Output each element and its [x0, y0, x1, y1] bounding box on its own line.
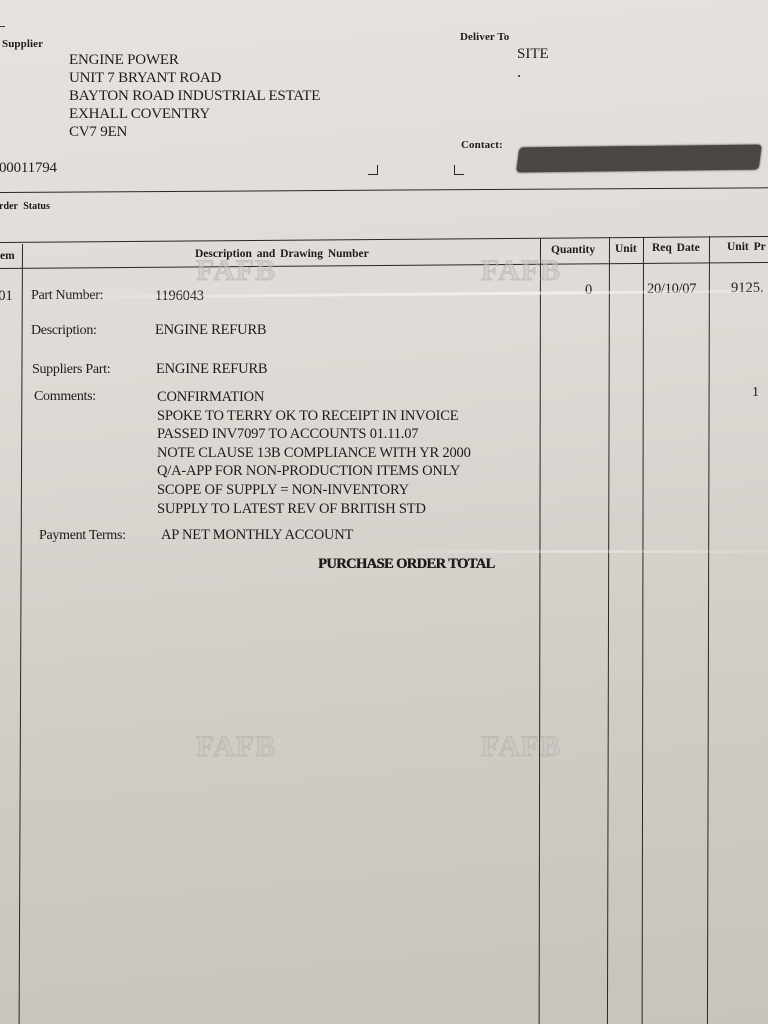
suppliers-part-value: ENGINE REFURB	[156, 361, 267, 378]
column-divider-unit	[642, 237, 644, 1024]
row-unit-price: 9125.	[731, 280, 764, 297]
watermark: FAFB	[481, 254, 561, 288]
supplier-name: ENGINE POWER	[69, 51, 320, 69]
table-header-bottom-line	[0, 262, 768, 269]
payment-terms-label: Payment Terms:	[39, 528, 126, 544]
deliver-to-label: Deliver To	[460, 31, 509, 43]
order-status-label: rder Status	[0, 201, 50, 212]
purchase-order-total-label: PURCHASE ORDER TOTAL	[318, 556, 495, 573]
comment-line: CONFIRMATION	[157, 388, 471, 407]
contact-label: Contact:	[461, 139, 503, 151]
comment-line: NOTE CLAUSE 13B COMPLIANCE WITH YR 2000	[157, 444, 471, 463]
corner-bracket-mark	[454, 165, 464, 175]
tick-mark	[0, 26, 5, 27]
row-unit-price-extra: 1	[752, 385, 759, 401]
column-header-quantity: Quantity	[551, 244, 595, 256]
deliver-to-dot	[518, 75, 520, 77]
suppliers-part-label: Suppliers Part:	[32, 362, 110, 378]
header-divider-line	[0, 187, 768, 193]
column-header-unit-price: Unit Pr	[727, 241, 766, 253]
comment-line: SUPPLY TO LATEST REV OF BRITISH STD	[157, 500, 471, 519]
comment-line: SCOPE OF SUPPLY = NON-INVENTORY	[157, 481, 471, 500]
watermark: FAFB	[481, 730, 561, 764]
contact-redaction-bar	[516, 145, 762, 173]
comments-label: Comments:	[34, 389, 96, 405]
column-header-description: Description and Drawing Number	[195, 248, 369, 260]
supplier-address-line: BAYTON ROAD INDUSTRIAL ESTATE	[69, 87, 320, 105]
column-divider-req-date	[707, 236, 710, 1024]
supplier-address-line: UNIT 7 BRYANT ROAD	[69, 69, 320, 87]
paper-fold-highlight	[380, 550, 768, 553]
comments-block: CONFIRMATION SPOKE TO TERRY OK TO RECEIP…	[157, 388, 471, 518]
comment-line: SPOKE TO TERRY OK TO RECEIPT IN INVOICE	[157, 407, 471, 426]
watermark: FAFB	[196, 730, 276, 764]
deliver-to-value: SITE	[517, 46, 549, 63]
column-header-unit: Unit	[615, 243, 637, 255]
description-label: Description:	[31, 323, 97, 339]
comment-line: Q/A-APP FOR NON-PRODUCTION ITEMS ONLY	[157, 462, 471, 481]
supplier-account-number: 00011794	[0, 160, 57, 177]
column-header-item: em	[0, 250, 15, 262]
description-value: ENGINE REFURB	[155, 322, 266, 339]
supplier-postcode: CV7 9EN	[69, 123, 320, 141]
comment-line: PASSED INV7097 TO ACCOUNTS 01.11.07	[157, 425, 471, 444]
column-header-req-date: Req Date	[652, 242, 700, 254]
payment-terms-value: AP NET MONTHLY ACCOUNT	[161, 527, 353, 544]
column-divider-item	[19, 244, 23, 1024]
corner-bracket-mark	[368, 165, 378, 175]
supplier-label: Supplier	[2, 38, 43, 50]
supplier-address-line: EXHALL COVENTRY	[69, 105, 320, 123]
column-divider-quantity	[607, 237, 610, 1024]
supplier-address-block: ENGINE POWER UNIT 7 BRYANT ROAD BAYTON R…	[69, 51, 320, 141]
column-divider-description	[539, 238, 541, 1024]
